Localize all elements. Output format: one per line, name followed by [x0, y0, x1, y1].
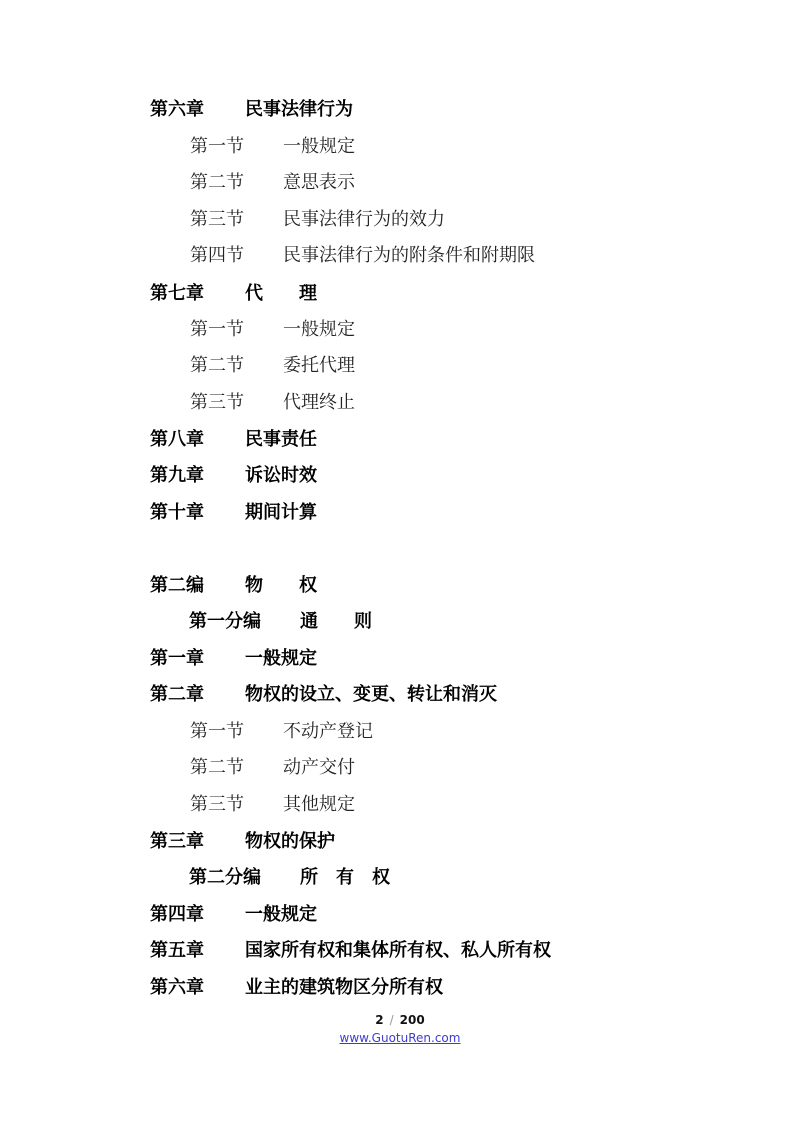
page-total: 200	[400, 1013, 425, 1027]
toc-entry-title: 业主的建筑物区分所有权	[245, 974, 443, 1002]
toc-entry-title: 代 理	[245, 280, 317, 308]
toc-entry-number: 第三章	[150, 828, 204, 856]
toc-entry-title: 一般规定	[245, 901, 317, 929]
toc-entry-number: 第一章	[150, 645, 204, 673]
toc-entry-title: 物 权	[245, 572, 317, 600]
toc-entry-number: 第八章	[150, 426, 204, 454]
toc-entry-title: 所 有 权	[300, 864, 390, 892]
toc-entry-title: 期间计算	[245, 499, 317, 527]
page-current: 2	[375, 1013, 383, 1027]
toc-entry-number: 第七章	[150, 280, 204, 308]
document-page: 第六章民事法律行为第一节一般规定第二节意思表示第三节民事法律行为的效力第四节民事…	[0, 0, 800, 1132]
toc-entry-number: 第十章	[150, 499, 204, 527]
toc-entry-number: 第二章	[150, 681, 204, 709]
toc-entry-number: 第一分编	[189, 608, 261, 636]
toc-entry-number: 第五章	[150, 937, 204, 965]
toc-entry-number: 第一节	[190, 316, 244, 344]
toc-entry-title: 民事法律行为的效力	[283, 206, 445, 234]
toc-entry-title: 物权的保护	[245, 828, 335, 856]
toc-entry-number: 第四节	[190, 242, 244, 270]
toc-entry-number: 第三节	[190, 389, 244, 417]
toc-entry-title: 不动产登记	[283, 718, 373, 746]
toc-entry-number: 第一节	[190, 718, 244, 746]
toc-entry-title: 物权的设立、变更、转让和消灭	[245, 681, 497, 709]
page-indicator: 2/200	[0, 1013, 800, 1027]
page-separator: /	[390, 1013, 394, 1027]
toc-entry-title: 一般规定	[283, 316, 355, 344]
toc-entry-number: 第二节	[190, 754, 244, 782]
toc-entry-title: 国家所有权和集体所有权、私人所有权	[245, 937, 551, 965]
footer-site: www.GuotuRen.com	[0, 1031, 800, 1045]
toc-entry-number: 第四章	[150, 901, 204, 929]
toc-entry-number: 第二节	[190, 352, 244, 380]
toc-entry-title: 一般规定	[245, 645, 317, 673]
toc-entry-number: 第六章	[150, 96, 204, 124]
toc-entry-number: 第六章	[150, 974, 204, 1002]
toc-entry-number: 第三节	[190, 791, 244, 819]
toc-entry-number: 第一节	[190, 133, 244, 161]
toc-entry-title: 意思表示	[283, 169, 355, 197]
toc-entry-title: 一般规定	[283, 133, 355, 161]
toc-entry-title: 其他规定	[283, 791, 355, 819]
toc-entry-title: 民事责任	[245, 426, 317, 454]
toc-entry-title: 民事法律行为的附条件和附期限	[283, 242, 535, 270]
toc-entry-title: 通 则	[300, 608, 372, 636]
toc-entry-title: 代理终止	[283, 389, 355, 417]
toc-entry-title: 动产交付	[283, 754, 355, 782]
toc-entry-number: 第二编	[150, 572, 204, 600]
toc-entry-number: 第二节	[190, 169, 244, 197]
toc-entry-number: 第二分编	[189, 864, 261, 892]
toc-entry-title: 委托代理	[283, 352, 355, 380]
toc-entry-title: 诉讼时效	[245, 462, 317, 490]
site-link[interactable]: www.GuotuRen.com	[340, 1031, 461, 1045]
toc-entry-number: 第三节	[190, 206, 244, 234]
toc-entry-title: 民事法律行为	[245, 96, 353, 124]
toc-entry-number: 第九章	[150, 462, 204, 490]
